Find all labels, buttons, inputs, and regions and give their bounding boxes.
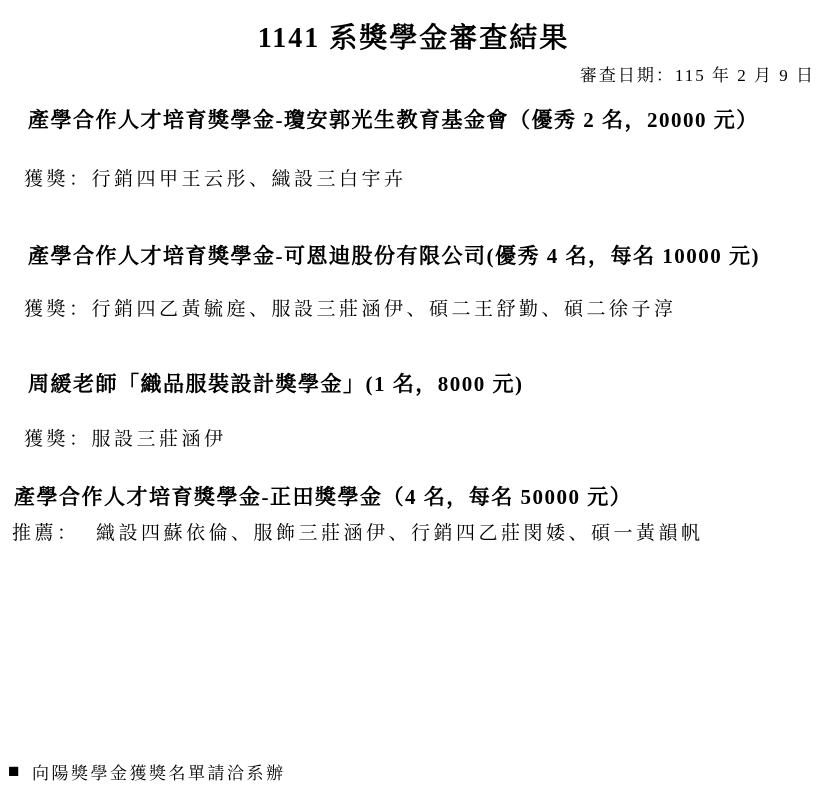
recipients-line-qiongan-guo: 獲獎：行銷四甲王云彤、織設三白宇卉 [24, 164, 407, 191]
page-title: 1141 系獎學金審查結果 [0, 16, 827, 56]
scholarship-heading-teacher-zhou: 周緩老師「織品服裝設計獎學金」(1 名，8000 元) [28, 368, 524, 398]
recipients-line-teacher-zhou: 獲獎：服設三莊涵伊 [24, 424, 227, 451]
footer-note-text: 向陽獎學金獲獎名單請洽系辦 [32, 759, 286, 784]
scholarship-heading-qiongan-guo: 產學合作人才培育獎學金-瓊安郭光生教育基金會（優秀 2 名，20000 元） [28, 104, 759, 134]
recipients-line-kendi-company: 獲獎：行銷四乙黃毓庭、服設三莊涵伊、碩二王舒勤、碩二徐子淳 [24, 294, 677, 321]
recommendation-line-zhengtian: 推薦： 織設四蘇依倫、服飾三莊涵伊、行銷四乙莊閔婑、碩一黃韻帆 [12, 518, 704, 545]
footer-note: ■ 向陽獎學金獲獎名單請洽系辦 [8, 759, 285, 784]
scholarship-heading-zhengtian: 產學合作人才培育獎學金-正田獎學金（4 名，每名 50000 元） [14, 481, 632, 511]
scholarship-heading-kendi-company: 產學合作人才培育獎學金-可恩迪股份有限公司(優秀 4 名，每名 10000 元) [28, 240, 760, 270]
scholarship-results-document: 1141 系獎學金審查結果 審查日期：115 年 2 月 9 日 產學合作人才培… [0, 0, 827, 795]
square-bullet-icon: ■ [8, 762, 22, 781]
review-date: 審查日期：115 年 2 月 9 日 [580, 61, 815, 86]
